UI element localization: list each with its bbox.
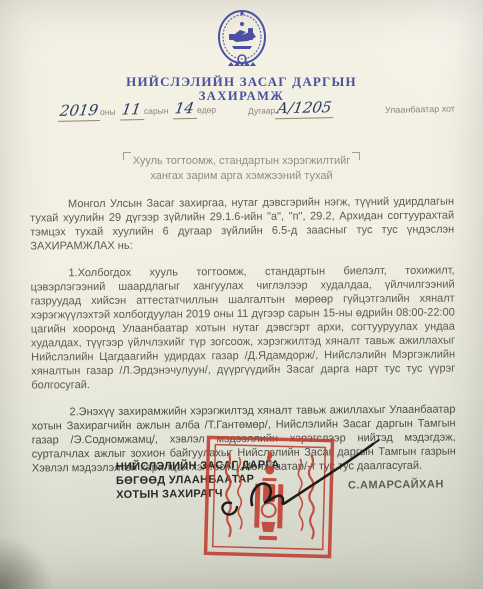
number-label: Дугаар: [248, 105, 276, 116]
city-emblem-icon: [212, 8, 272, 74]
year-label: оны: [100, 107, 116, 117]
number-handwritten: А/1205: [276, 98, 333, 117]
month-label: сарын: [144, 106, 169, 117]
signatory-name: С.АМАРСАЙХАН: [348, 478, 444, 491]
subject-line1: Хууль тогтоомж, стандартын хэрэгжилтийг: [133, 154, 351, 169]
subject-line2: хангах зарим арга хэмжээний тухай: [133, 169, 351, 184]
month-handwritten: 11: [121, 100, 143, 118]
issue-city: Улаанбаатар хот: [385, 104, 455, 115]
scanned-decree-document: НИЙСЛЭЛИЙН ЗАСАГ ДАРГЫН ЗАХИРАМЖ 2019оны…: [0, 0, 483, 589]
year-handwritten: 2019: [58, 101, 99, 120]
day-handwritten: 14: [174, 99, 196, 117]
day-label: өдөр: [197, 105, 216, 115]
decree-subject: Хууль тогтоомж, стандартын хэрэгжилтийг …: [0, 152, 483, 184]
official-stamp-icon: [200, 434, 337, 561]
preamble-paragraph: Монгол Улсын Засаг захиргаа, нутаг дэвсг…: [30, 195, 454, 254]
clause-1-paragraph: 1.Холбогдох хууль тогтоомж, стандартын б…: [30, 264, 455, 393]
issuing-authority: НИЙСЛЭЛИЙН ЗАСАГ ДАРГЫН: [0, 74, 483, 89]
